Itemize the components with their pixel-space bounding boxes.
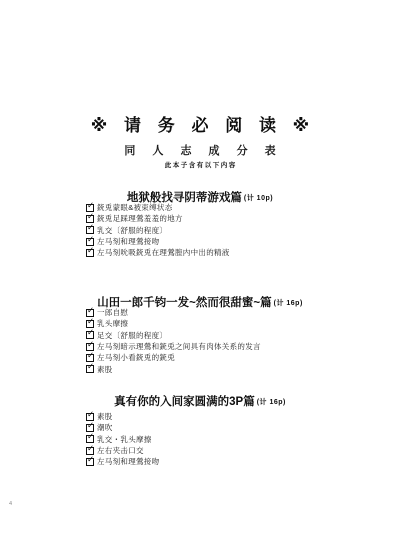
list-item: ✓ 乳交〔舒服的程度〕 — [86, 225, 380, 236]
list-item: ✓ 銃兎足踩理鶯羞羞的地方 — [86, 213, 380, 224]
item-label: 一郎自慰 — [97, 307, 128, 318]
item-label: 足交〔舒服的程度〕 — [97, 330, 167, 341]
list-item: ✓ 左右夹击口交 — [86, 445, 380, 456]
item-label: 左马刻和理鶯接吻 — [97, 236, 159, 247]
item-label: 素股 — [97, 411, 113, 422]
section-1-item-list: ✓ 銃兎蒙眼&被束缚状态 ✓ 銃兎足踩理鶯羞羞的地方 ✓ 乳交〔舒服的程度〕 ✓… — [86, 202, 380, 258]
item-label: 銃兎足踩理鶯羞羞的地方 — [97, 213, 183, 224]
check-mark-icon: ✓ — [87, 455, 94, 464]
check-mark-icon: ✓ — [87, 328, 94, 337]
section-2-item-list: ✓ 一郎自慰 ✓ 乳头摩擦 ✓ 足交〔舒服的程度〕 ✓ 左马刻暗示理鶯和銃兎之间… — [86, 307, 380, 375]
check-mark-icon: ✓ — [87, 351, 94, 360]
item-label: 左马刻暗示理鶯和銃兎之间具有肉体关系的发言 — [97, 341, 261, 352]
list-item: ✓ 左马刻小看銃兎的銃兎 — [86, 352, 380, 363]
list-item: ✓ 左马刻吮吸銃兎在理鶯膣内中出的精液 — [86, 247, 380, 258]
check-mark-icon: ✓ — [87, 246, 94, 255]
list-item: ✓ 一郎自慰 — [86, 307, 380, 318]
checkbox-checked-icon: ✓ — [86, 365, 94, 373]
contents-note: 此本子含有以下内容 — [0, 160, 400, 169]
section-2-page-count: (计 16p) — [274, 300, 303, 307]
checkbox-checked-icon: ✓ — [86, 249, 94, 257]
check-mark-icon: ✓ — [87, 212, 94, 221]
check-mark-icon: ✓ — [87, 223, 94, 232]
list-item: ✓ 左马刻和理鶯接吻 — [86, 236, 380, 247]
check-mark-icon: ✓ — [87, 306, 94, 315]
section-3-item-list: ✓ 素股 ✓ 潮吹 ✓ 乳交・乳头摩擦 ✓ 左右夹击口交 ✓ 左马刻和理鶯接吻 — [86, 411, 380, 467]
check-mark-icon: ✓ — [87, 444, 94, 453]
doujinshi-contents-page: ※ 请 务 必 阅 读 ※ 同 人 志 成 分 表 此本子含有以下内容 地狱般找… — [0, 0, 400, 556]
item-label: 潮吹 — [97, 422, 113, 433]
item-label: 素股 — [97, 364, 113, 375]
item-label: 左马刻小看銃兎的銃兎 — [97, 352, 175, 363]
list-item: ✓ 左马刻暗示理鶯和銃兎之间具有肉体关系的发言 — [86, 341, 380, 352]
check-mark-icon: ✓ — [87, 410, 94, 419]
item-label: 左马刻吮吸銃兎在理鶯膣内中出的精液 — [97, 247, 230, 258]
check-mark-icon: ✓ — [87, 362, 94, 371]
list-item: ✓ 左马刻和理鶯接吻 — [86, 456, 380, 467]
item-label: 左右夹击口交 — [97, 445, 144, 456]
list-item: ✓ 乳交・乳头摩擦 — [86, 434, 380, 445]
page-subtitle: 同 人 志 成 分 表 — [0, 142, 400, 158]
check-mark-icon: ✓ — [87, 421, 94, 430]
section-3-title-text: 真有你的入间家圆满的3P篇 — [114, 396, 255, 408]
list-item: ✓ 素股 — [86, 411, 380, 422]
check-mark-icon: ✓ — [87, 432, 94, 441]
check-mark-icon: ✓ — [87, 340, 94, 349]
list-item: ✓ 潮吹 — [86, 422, 380, 433]
item-label: 乳交・乳头摩擦 — [97, 434, 152, 445]
section-3-page-count: (计 16p) — [257, 399, 286, 406]
section-3-title: 真有你的入间家圆满的3P篇(计 16p) — [0, 393, 400, 409]
check-mark-icon: ✓ — [87, 235, 94, 244]
list-item: ✓ 素股 — [86, 363, 380, 374]
page-number: 4 — [9, 501, 12, 507]
item-label: 乳头摩擦 — [97, 318, 128, 329]
check-mark-icon: ✓ — [87, 317, 94, 326]
check-mark-icon: ✓ — [87, 201, 94, 210]
checkbox-checked-icon: ✓ — [86, 458, 94, 466]
section-1-page-count: (计 10p) — [244, 195, 273, 202]
item-label: 乳交〔舒服的程度〕 — [97, 225, 167, 236]
page-title: ※ 请 务 必 阅 读 ※ — [0, 111, 400, 136]
list-item: ✓ 銃兎蒙眼&被束缚状态 — [86, 202, 380, 213]
list-item: ✓ 乳头摩擦 — [86, 318, 380, 329]
list-item: ✓ 足交〔舒服的程度〕 — [86, 330, 380, 341]
item-label: 左马刻和理鶯接吻 — [97, 456, 159, 467]
item-label: 銃兎蒙眼&被束缚状态 — [97, 202, 173, 213]
